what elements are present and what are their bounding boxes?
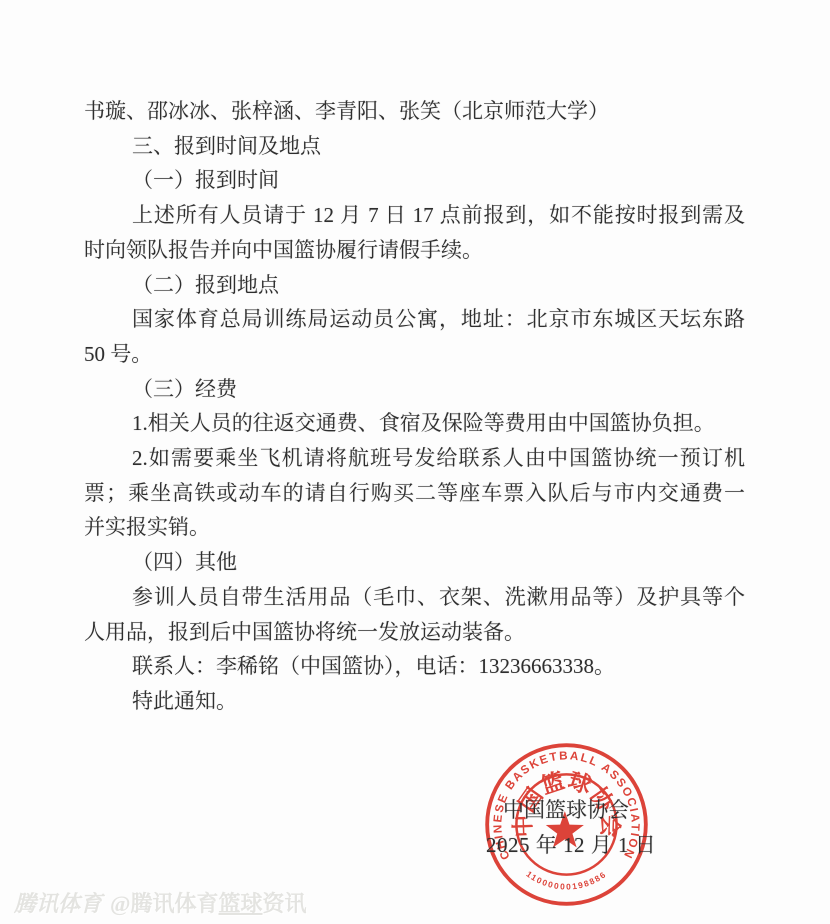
notice-line: 人用品，报到后中国篮协将统一发放运动装备。 — [84, 615, 745, 650]
notice-line: 2.如需要乘坐飞机请将航班号发给联系人由中国篮协统一预订机 — [84, 441, 745, 476]
notice-line: 时向领队报告并向中国篮协履行请假手续。 — [84, 233, 745, 268]
watermark-handle-prefix: @腾讯体育 — [110, 891, 218, 916]
notice-line: 票；乘坐高铁或动车的请自行购买二等座车票入队后与市内交通费一 — [84, 476, 745, 511]
seal-serial-number: 11000000198886 — [524, 869, 608, 892]
document-page: 书璇、邵冰冰、张梓涵、李青阳、张笑（北京师范大学）三、报到时间及地点（一）报到时… — [0, 0, 830, 924]
notice-line: 国家体育总局训练局运动员公寓，地址：北京市东城区天坛东路 — [84, 302, 745, 337]
notice-line: 1.相关人员的往返交通费、食宿及保险等费用由中国篮协负担。 — [84, 406, 745, 441]
notice-line: （一）报到时间 — [84, 163, 745, 198]
notice-line: 特此通知。 — [84, 684, 745, 719]
watermark-handle-suffix: 资讯 — [263, 891, 307, 916]
notice-line: 联系人：李稀铭（中国篮协），电话：13236663338。 — [84, 649, 745, 684]
notice-line: 并实报实销。 — [84, 510, 745, 545]
watermark-handle-underlined: 篮球 — [218, 891, 262, 916]
notice-body: 书璇、邵冰冰、张梓涵、李青阳、张笑（北京师范大学）三、报到时间及地点（一）报到时… — [84, 94, 745, 719]
notice-line: 50 号。 — [84, 337, 745, 372]
notice-line: （三）经费 — [84, 372, 745, 407]
notice-line: 参训人员自带生活用品（毛巾、衣架、洗漱用品等）及护具等个 — [84, 580, 745, 615]
watermark: 腾讯体育@腾讯体育篮球资讯 — [14, 889, 307, 919]
notice-line: （四）其他 — [84, 545, 745, 580]
notice-line: 上述所有人员请于 12 月 7 日 17 点前报到，如不能按时报到需及 — [84, 198, 745, 233]
signature-date: 2025 年 12 月 1 日 — [486, 829, 656, 861]
notice-line: 三、报到时间及地点 — [84, 129, 745, 164]
watermark-brand: 腾讯体育 — [14, 891, 102, 916]
notice-line: 书璇、邵冰冰、张梓涵、李青阳、张笑（北京师范大学） — [84, 94, 745, 129]
notice-line: （二）报到地点 — [84, 268, 745, 303]
signature-org: 中国篮球协会 — [503, 794, 629, 826]
